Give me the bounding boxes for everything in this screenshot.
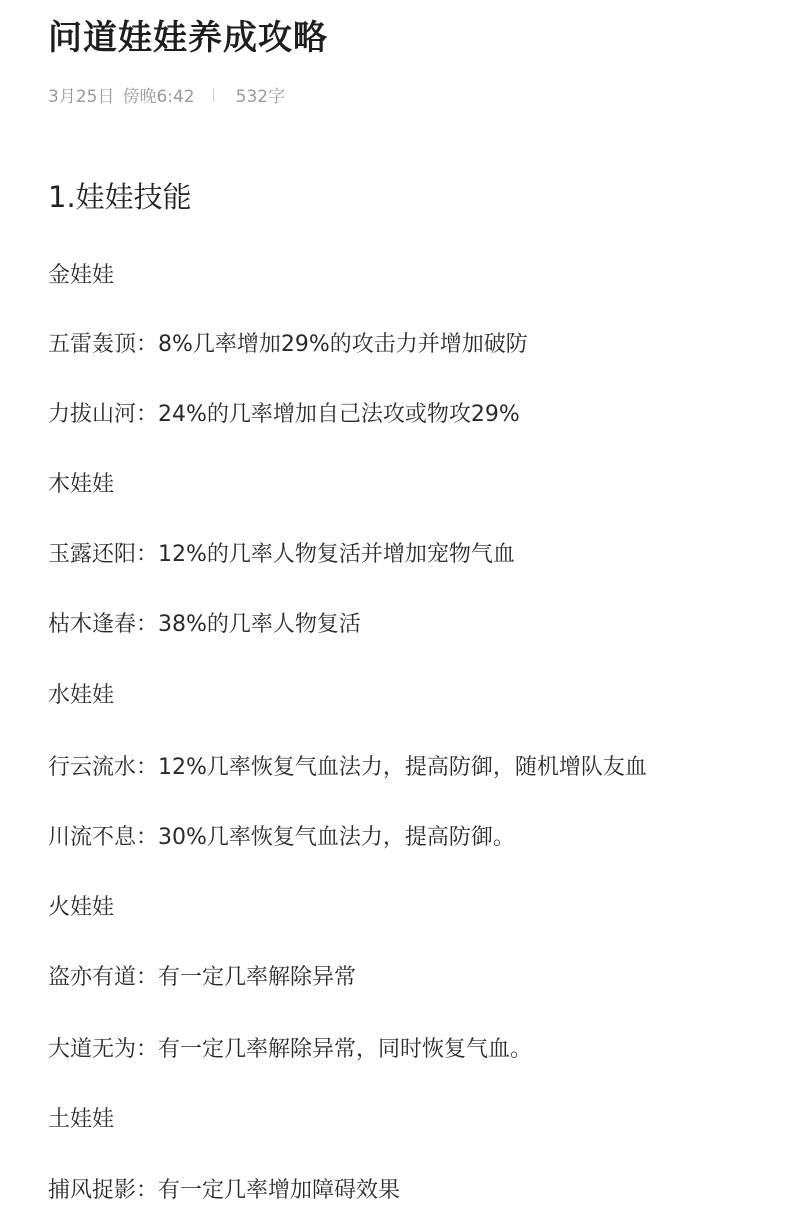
note-meta: 3月25日 傍晚6:42 532字 bbox=[48, 82, 285, 107]
note-date: 3月25日 bbox=[48, 82, 114, 107]
skill-line[interactable]: 五雷轰顶：8%几率增加29%的攻击力并增加破防 bbox=[48, 327, 528, 358]
group-name-fire[interactable]: 火娃娃 bbox=[48, 890, 114, 921]
skill-line[interactable]: 盗亦有道：有一定几率解除异常 bbox=[48, 960, 356, 991]
group-name-gold[interactable]: 金娃娃 bbox=[48, 258, 114, 289]
skill-line[interactable]: 大道无为：有一定几率解除异常，同时恢复气血。 bbox=[48, 1032, 532, 1063]
skill-line[interactable]: 枯木逢春：38%的几率人物复活 bbox=[48, 607, 361, 638]
skill-line[interactable]: 力拔山河：24%的几率增加自己法攻或物攻29% bbox=[48, 397, 520, 428]
group-name-water[interactable]: 水娃娃 bbox=[48, 678, 114, 709]
note-word-count: 532字 bbox=[236, 82, 285, 107]
skill-line[interactable]: 行云流水：12%几率恢复气血法力，提高防御，随机增队友血 bbox=[48, 750, 647, 781]
note-title[interactable]: 问道娃娃养成攻略 bbox=[48, 10, 328, 59]
skill-line[interactable]: 捕风捉影：有一定几率增加障碍效果 bbox=[48, 1173, 400, 1204]
note-time: 傍晚6:42 bbox=[122, 82, 194, 107]
skill-line[interactable]: 川流不息：30%几率恢复气血法力，提高防御。 bbox=[48, 820, 515, 851]
skill-line[interactable]: 玉露还阳：12%的几率人物复活并增加宠物气血 bbox=[48, 537, 515, 568]
section-heading[interactable]: 1.娃娃技能 bbox=[48, 175, 192, 216]
group-name-wood[interactable]: 木娃娃 bbox=[48, 467, 114, 498]
meta-divider bbox=[213, 88, 214, 102]
group-name-earth[interactable]: 土娃娃 bbox=[48, 1102, 114, 1133]
